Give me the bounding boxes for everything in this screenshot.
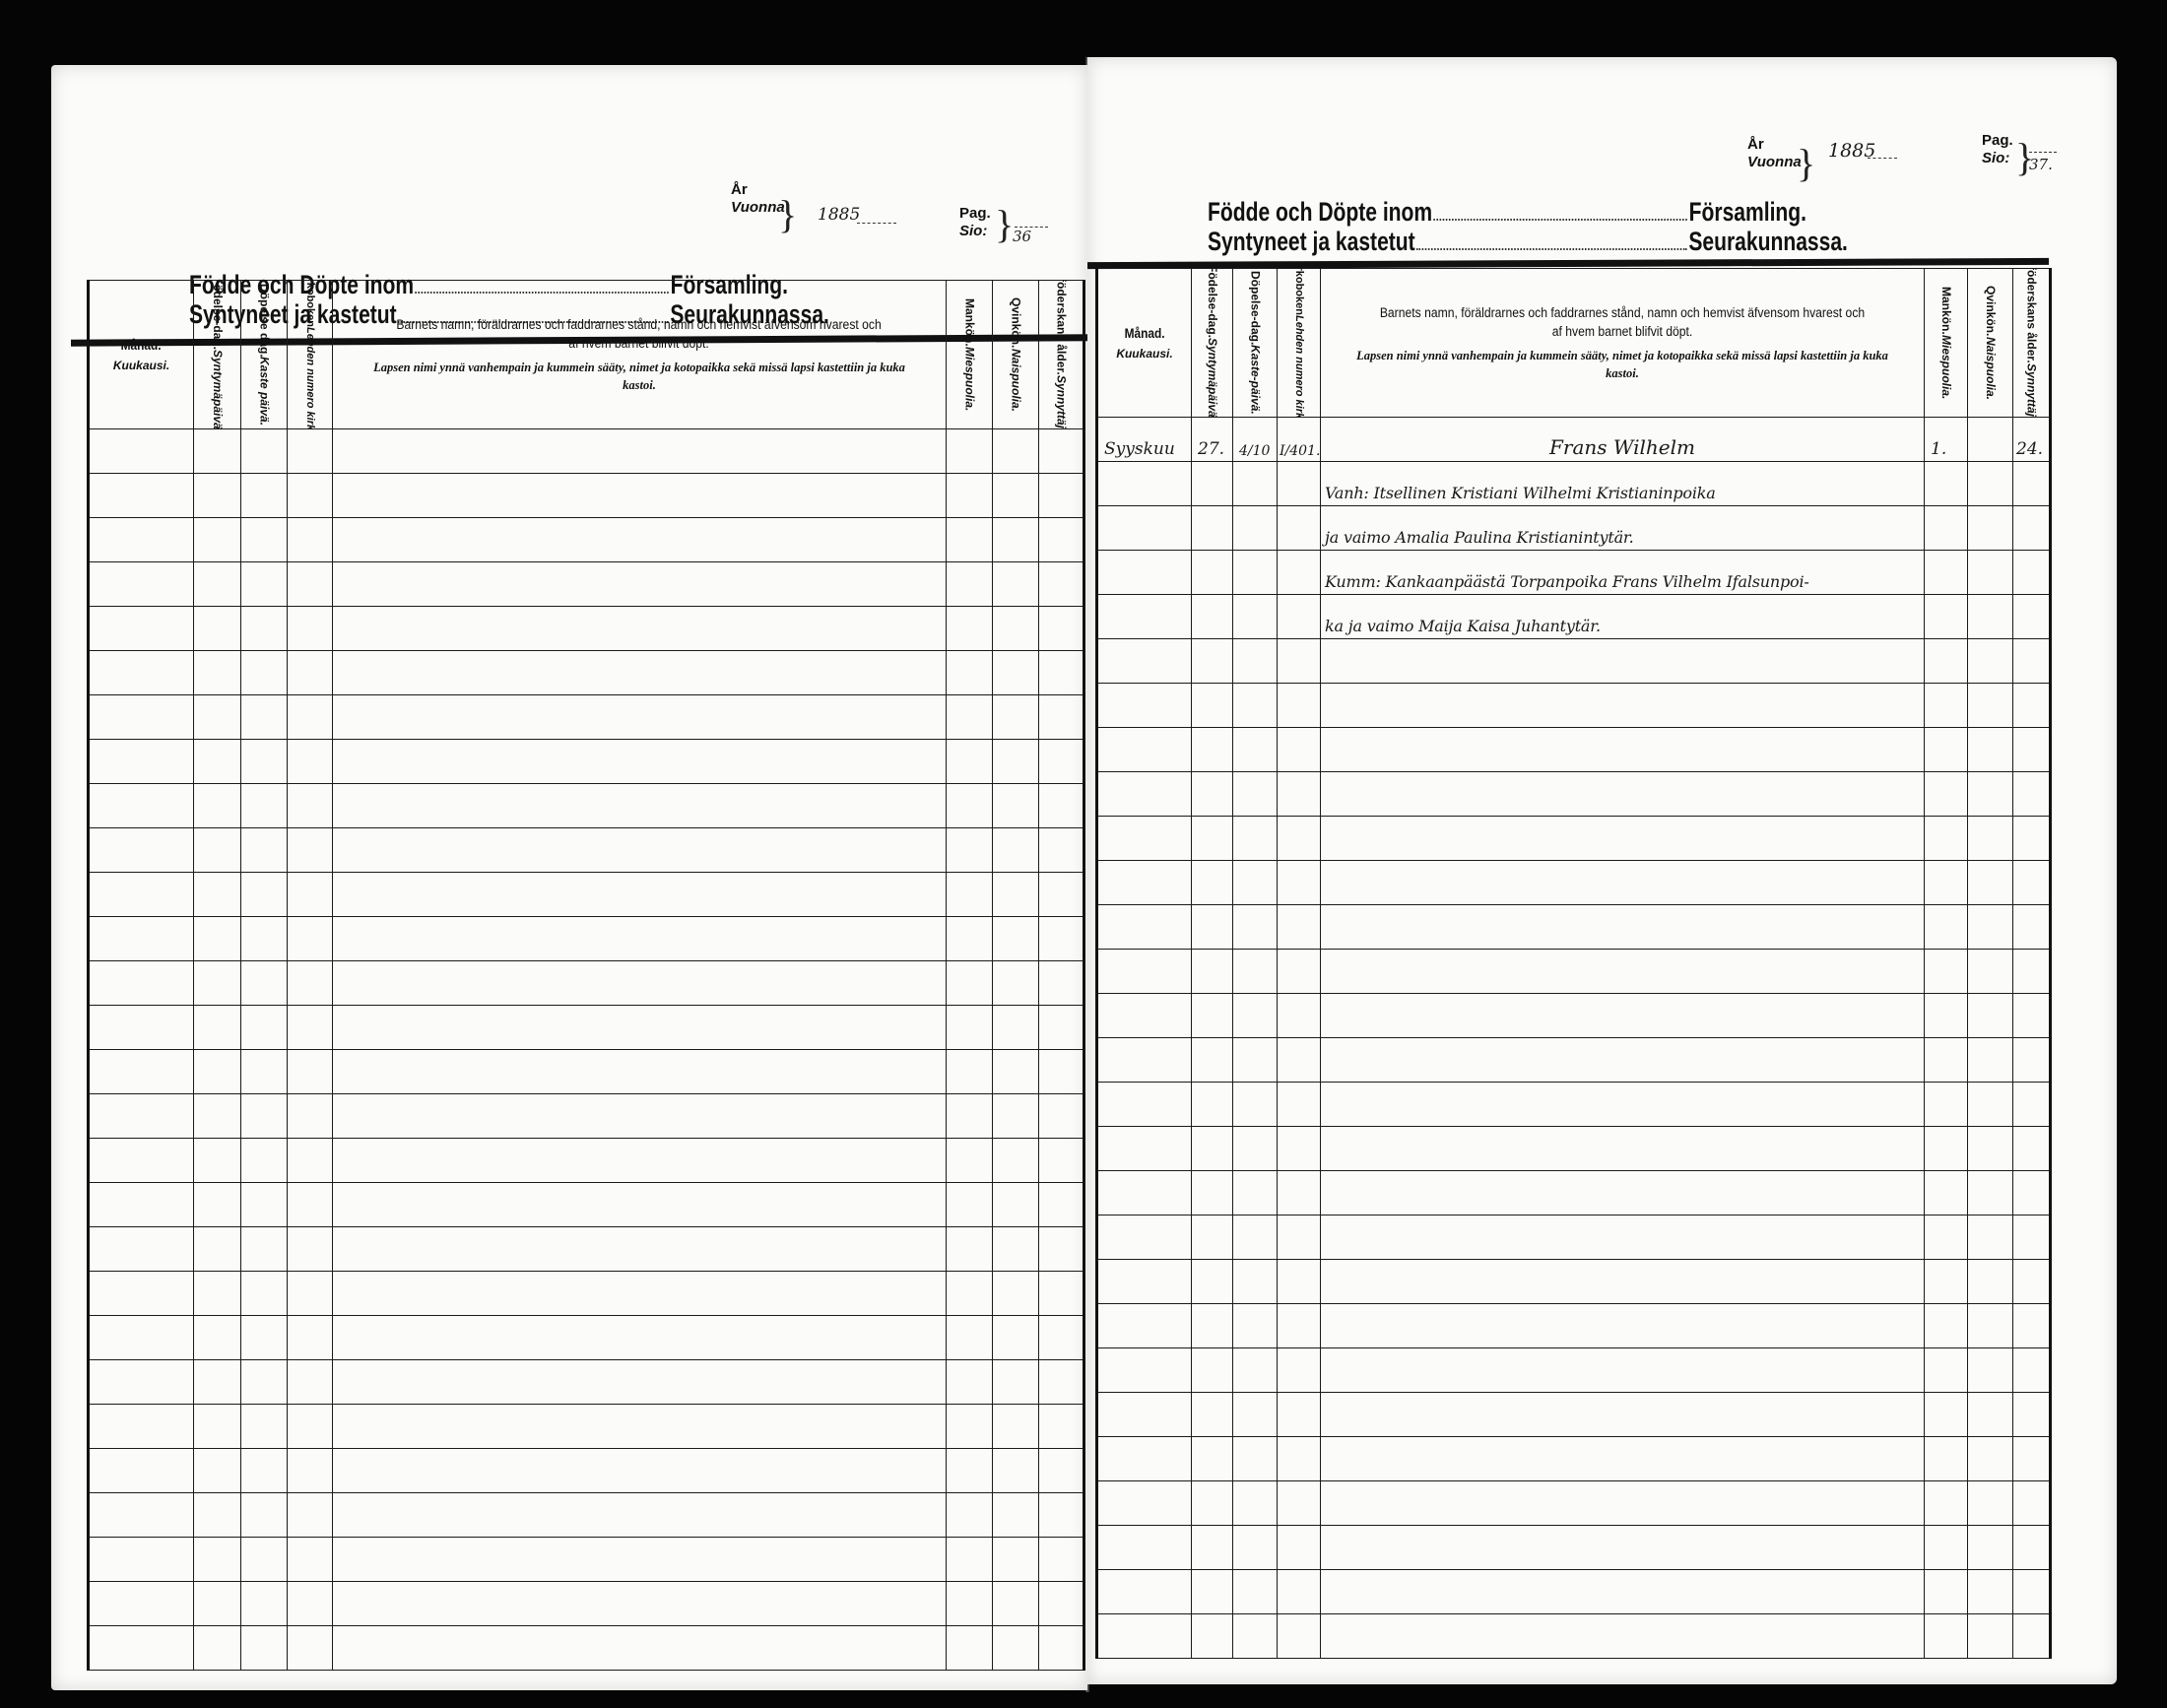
table-cell: [333, 607, 946, 651]
table-cell: [1038, 873, 1084, 917]
cell-child-details: Frans Wilhelm: [1321, 418, 1925, 462]
table-cell: [1278, 1083, 1321, 1127]
page-value: 36: [1013, 228, 1031, 245]
table-cell: [1321, 1215, 1925, 1260]
entry-parents-line-1: Vanh: Itsellinen Kristiani Wilhelmi Kris…: [1325, 484, 1716, 502]
table-cell: [1925, 1083, 1968, 1127]
table-cell: [333, 828, 946, 873]
parish-fill-line: [1434, 218, 1687, 221]
table-cell: [993, 1493, 1038, 1538]
table-cell: [333, 1227, 946, 1272]
table-cell: [946, 1360, 992, 1405]
table-cell: [2013, 1570, 2051, 1614]
table-cell: [993, 695, 1038, 740]
table-cell: [89, 695, 194, 740]
page-fill-line: [1015, 227, 1048, 228]
table-cell: [1097, 1171, 1192, 1215]
table-row: ka ja vaimo Maija Kaisa Juhantytär.: [1097, 595, 2051, 639]
table-cell: [1038, 1316, 1084, 1360]
table-cell: [1968, 639, 2013, 684]
table-cell: [1968, 728, 2013, 772]
table-row: [89, 1538, 1084, 1582]
table-cell: [2013, 905, 2051, 950]
cell-details-line: ja vaimo Amalia Paulina Kristianintytär.: [1321, 506, 1925, 551]
header-label-sv: Döpelse-dag.: [1249, 271, 1262, 345]
column-header-female: Qvinkön.Naispuolia.: [1968, 269, 2013, 418]
table-row: [89, 474, 1084, 518]
table-cell: [993, 828, 1038, 873]
entry-baptism-day: 4/10: [1239, 443, 1270, 459]
table-cell: [1038, 1493, 1084, 1538]
table-cell: [89, 1272, 194, 1316]
table-cell: [1038, 1538, 1084, 1582]
table-cell: [1038, 429, 1084, 474]
cell-baptism-day: 4/10: [1233, 418, 1278, 462]
register-rows-left: [89, 429, 1084, 1671]
table-cell: [287, 1360, 332, 1405]
table-cell: [1321, 1260, 1925, 1304]
table-row: [1097, 1348, 2051, 1393]
table-cell: [1233, 1348, 1278, 1393]
table-cell: [89, 740, 194, 784]
table-cell: [287, 1183, 332, 1227]
table-cell: [1968, 1171, 2013, 1215]
table-cell: [946, 651, 992, 695]
table-cell: [1968, 1304, 2013, 1348]
table-row: Vanh: Itsellinen Kristiani Wilhelmi Kris…: [1097, 462, 2051, 506]
table-cell: [287, 873, 332, 917]
cell-details-line: ka ja vaimo Maija Kaisa Juhantytär.: [1321, 595, 1925, 639]
table-cell: [1233, 861, 1278, 905]
table-cell: [333, 1449, 946, 1493]
table-cell: [194, 1449, 240, 1493]
table-cell: [1925, 1437, 1968, 1481]
table-cell: [993, 1582, 1038, 1626]
table-cell: [1233, 1127, 1278, 1171]
table-cell: [194, 1360, 240, 1405]
brace-icon: }: [995, 205, 1014, 244]
table-cell: [194, 1183, 240, 1227]
table-cell: [1321, 1038, 1925, 1083]
header-label-sv: Månad.: [121, 337, 162, 353]
table-cell: [1925, 1393, 1968, 1437]
table-cell: [194, 651, 240, 695]
table-cell: [993, 1405, 1038, 1449]
table-cell: [287, 518, 332, 562]
table-row: [89, 607, 1084, 651]
table-cell: [333, 1405, 946, 1449]
table-cell: [240, 562, 287, 607]
header-label-sv: Mankön.: [1939, 287, 1952, 335]
table-row: [1097, 684, 2051, 728]
table-row: [89, 1582, 1084, 1626]
table-cell: [240, 651, 287, 695]
table-cell: [287, 1050, 332, 1094]
table-cell: [89, 1094, 194, 1139]
table-row: [89, 1050, 1084, 1094]
table-cell: [1278, 1393, 1321, 1437]
table-cell: [1192, 1393, 1233, 1437]
table-cell: [1192, 772, 1233, 817]
table-row: [1097, 1215, 2051, 1260]
table-cell: [194, 1626, 240, 1671]
header-label-sv: Födelse-dag.: [211, 281, 224, 350]
table-cell: [1968, 772, 2013, 817]
table-row: [1097, 994, 2051, 1038]
header-label-fi: Kuukausi.: [1098, 347, 1191, 361]
table-cell: [946, 695, 992, 740]
brace-icon: }: [1797, 144, 1815, 183]
table-cell: [333, 695, 946, 740]
table-cell: [1038, 917, 1084, 961]
table-row: [89, 1493, 1084, 1538]
table-cell: [1192, 950, 1233, 994]
table-cell: [1097, 994, 1192, 1038]
table-cell: [89, 1227, 194, 1272]
header-label-fi: Kaste-päivä.: [1249, 345, 1262, 415]
table-cell: [993, 474, 1038, 518]
table-cell: [1925, 1215, 1968, 1260]
table-row: [1097, 728, 2051, 772]
table-cell: [1233, 1171, 1278, 1215]
table-cell: [333, 1582, 946, 1626]
table-cell: [287, 651, 332, 695]
table-cell: [1968, 1570, 2013, 1614]
table-cell: [946, 518, 992, 562]
table-cell: [2013, 1614, 2051, 1659]
table-cell: [1968, 950, 2013, 994]
table-row: [89, 828, 1084, 873]
table-cell: [194, 1006, 240, 1050]
table-cell: [946, 1006, 992, 1050]
table-cell: [89, 784, 194, 828]
table-cell: [1321, 994, 1925, 1038]
table-cell: [333, 474, 946, 518]
header-label-sv: Folium i kyrkoboken: [303, 281, 316, 328]
table-cell: [993, 429, 1038, 474]
table-cell: [1097, 1393, 1192, 1437]
table-cell: [1038, 607, 1084, 651]
table-cell: [1097, 1570, 1192, 1614]
table-cell: [1968, 1437, 2013, 1481]
table-cell: [240, 784, 287, 828]
table-cell: [1097, 639, 1192, 684]
table-cell: [946, 1183, 992, 1227]
table-cell: [946, 917, 992, 961]
header-label-fi: Lapsen nimi ynnä vanhempain ja kummein s…: [1350, 347, 1894, 382]
table-cell: [1097, 1215, 1192, 1260]
table-cell: [1233, 1038, 1278, 1083]
table-row: [89, 873, 1084, 917]
table-cell: [89, 518, 194, 562]
table-cell: [993, 917, 1038, 961]
column-header-baptism-day: Döpelse-dag.Kaste-päivä.: [1233, 269, 1278, 418]
table-cell: [1097, 1304, 1192, 1348]
table-cell: [194, 562, 240, 607]
table-cell: [1925, 994, 1968, 1038]
table-cell: [1097, 1348, 1192, 1393]
year-value: 1885: [818, 205, 860, 225]
table-cell: [1321, 772, 1925, 817]
table-cell: [1278, 817, 1321, 861]
table-cell: [1038, 828, 1084, 873]
table-cell: [333, 961, 946, 1006]
cell-male: 1.: [1925, 418, 1968, 462]
column-header-child-details: Barnets namn, föräldrarnes och faddrarne…: [1321, 269, 1925, 418]
table-cell: [1097, 861, 1192, 905]
table-cell: [1278, 1570, 1321, 1614]
table-row: [1097, 817, 2051, 861]
table-cell: [333, 1316, 946, 1360]
cell-mother-age: 24.: [2013, 418, 2051, 462]
table-cell: [1038, 1139, 1084, 1183]
cell-details-line: Kumm: Kankaanpäästä Torpanpoika Frans Vi…: [1321, 551, 1925, 595]
table-cell: [1233, 1614, 1278, 1659]
table-cell: [1097, 1481, 1192, 1526]
table-cell: [1097, 1260, 1192, 1304]
table-cell: [89, 474, 194, 518]
table-cell: [333, 1538, 946, 1582]
table-cell: [1097, 817, 1192, 861]
table-cell: [1192, 1215, 1233, 1260]
table-cell: [1321, 728, 1925, 772]
table-cell: [946, 1316, 992, 1360]
header-label-fi: Naispuolia.: [1009, 349, 1021, 412]
table-cell: [993, 1360, 1038, 1405]
table-cell: [1278, 1038, 1321, 1083]
table-cell: [1968, 1348, 2013, 1393]
table-cell: [1278, 1614, 1321, 1659]
table-cell: [946, 1227, 992, 1272]
table-cell: [1968, 684, 2013, 728]
header-label-sv: Barnaföderskans ålder.: [1054, 281, 1067, 375]
table-cell: [287, 695, 332, 740]
column-header-row: Månad. Kuukausi. Födelse-dag.Syntymäpäiv…: [89, 281, 1084, 429]
table-cell: [1321, 1437, 1925, 1481]
column-header-birth-day: Födelse-dag.Syntymäpäivä.: [1192, 269, 1233, 418]
column-header-baptism-day: Döpelse dag.Kaste päivä.: [240, 281, 287, 429]
year-label-sv: År: [731, 181, 785, 199]
table-cell: [1968, 817, 2013, 861]
table-cell: [287, 1006, 332, 1050]
cell-birth-day: 27.: [1192, 418, 1233, 462]
column-header-folium: Folium i kyrkobokenLehden numero kirkonk…: [1278, 269, 1321, 418]
table-cell: [89, 828, 194, 873]
table-cell: [1968, 1260, 2013, 1304]
table-cell: [1233, 728, 1278, 772]
page-title: Födde och Döpte inom Församling. Syntyne…: [1208, 197, 1848, 256]
table-cell: [240, 1183, 287, 1227]
table-cell: [1968, 1481, 2013, 1526]
table-cell: [946, 1405, 992, 1449]
table-cell: [89, 1139, 194, 1183]
table-cell: [89, 1493, 194, 1538]
table-cell: [993, 651, 1038, 695]
table-cell: [2013, 1127, 2051, 1171]
year-label: År Vuonna: [731, 181, 785, 217]
table-cell: [1233, 817, 1278, 861]
table-cell: [240, 740, 287, 784]
table-cell: [2013, 1481, 2051, 1526]
table-cell: [1925, 1127, 1968, 1171]
table-cell: [1278, 1215, 1321, 1260]
table-cell: [1968, 1614, 2013, 1659]
table-cell: [1038, 961, 1084, 1006]
table-cell: [89, 562, 194, 607]
table-cell: [1321, 1348, 1925, 1393]
table-cell: [2013, 817, 2051, 861]
table-cell: [89, 917, 194, 961]
table-row: [89, 1094, 1084, 1139]
table-cell: [1925, 684, 1968, 728]
table-cell: [1968, 1215, 2013, 1260]
table-cell: [1038, 518, 1084, 562]
table-cell: [2013, 1083, 2051, 1127]
header-label-sv: Födelse-dag.: [1206, 269, 1218, 338]
table-cell: [993, 562, 1038, 607]
table-cell: [240, 474, 287, 518]
table-cell: [1233, 994, 1278, 1038]
table-cell: [287, 1582, 332, 1626]
table-cell: [287, 828, 332, 873]
table-cell: [240, 518, 287, 562]
page-fill-line: [2029, 152, 2057, 153]
table-cell: [333, 651, 946, 695]
table-cell: [287, 784, 332, 828]
title-sv-left: Födde och Döpte inom: [1208, 197, 1432, 227]
table-cell: [333, 917, 946, 961]
table-cell: [1097, 772, 1192, 817]
table-cell: [1038, 1405, 1084, 1449]
table-cell: [1233, 1437, 1278, 1481]
table-cell: [240, 961, 287, 1006]
table-cell: [1925, 950, 1968, 994]
table-cell: [287, 1626, 332, 1671]
table-cell: [2013, 728, 2051, 772]
table-cell: [946, 607, 992, 651]
table-cell: [1038, 695, 1084, 740]
year-label-fi: Vuonna: [1747, 154, 1802, 171]
entry-folium: I/401.: [1280, 443, 1320, 459]
header-label-fi: Syntymäpäivä.: [1206, 338, 1218, 418]
header-label-fi: Kaste päivä.: [257, 357, 270, 426]
table-cell: [1925, 905, 1968, 950]
table-cell: [89, 961, 194, 1006]
table-cell: [1192, 905, 1233, 950]
page-label-fi: Sio:: [959, 223, 991, 240]
column-header-child-details: Barnets namn, föräldrarnes och faddrarne…: [333, 281, 946, 429]
page-label-sv: Pag.: [1982, 132, 2013, 150]
header-label-sv: Qvinkön.: [1984, 286, 1997, 336]
table-cell: [240, 1538, 287, 1582]
table-cell: [287, 740, 332, 784]
table-cell: [1925, 861, 1968, 905]
table-cell: [993, 1139, 1038, 1183]
table-cell: [1097, 684, 1192, 728]
table-cell: [2013, 1393, 2051, 1437]
table-cell: [1192, 994, 1233, 1038]
table-cell: [1925, 1038, 1968, 1083]
table-cell: [240, 1227, 287, 1272]
table-cell: [1321, 1570, 1925, 1614]
table-cell: [1278, 1481, 1321, 1526]
header-label-fi: Lehden numero kirkonkirjassa.: [303, 327, 316, 428]
table-cell: [89, 1582, 194, 1626]
left-page: År Vuonna } 1885 Pag. Sio: } 36 Födde oc…: [51, 65, 1087, 1690]
table-cell: [1233, 684, 1278, 728]
column-header-birth-day: Födelse-dag.Syntymäpäivä.: [194, 281, 240, 429]
table-cell: [1233, 950, 1278, 994]
table-cell: [1038, 562, 1084, 607]
table-cell: [1278, 994, 1321, 1038]
table-cell: [194, 607, 240, 651]
table-cell: [1233, 639, 1278, 684]
table-row: [1097, 1260, 2051, 1304]
table-cell: [1278, 1171, 1321, 1215]
table-cell: [1321, 1481, 1925, 1526]
table-row: [1097, 1614, 2051, 1659]
table-cell: [287, 917, 332, 961]
table-cell: [1097, 1038, 1192, 1083]
table-cell: [993, 1050, 1038, 1094]
table-cell: [333, 1493, 946, 1538]
table-cell: [1968, 861, 2013, 905]
column-header-mother-age: Barnaföderskans ålder.Synnyttäjän ikä.: [2013, 269, 2051, 418]
table-cell: [1038, 1360, 1084, 1405]
right-page: År Vuonna } 1885 Pag. Sio: } 37. Födde o…: [1087, 57, 2117, 1684]
table-row: [89, 1316, 1084, 1360]
table-cell: [1192, 1083, 1233, 1127]
table-cell: [194, 873, 240, 917]
header-label-fi: Lapsen nimi ynnä vanhempain ja kummein s…: [362, 359, 915, 394]
table-row: [89, 1006, 1084, 1050]
table-cell: [1233, 905, 1278, 950]
table-cell: [1925, 1348, 1968, 1393]
table-row: [1097, 1038, 2051, 1083]
table-cell: [287, 1227, 332, 1272]
table-cell: [333, 518, 946, 562]
table-cell: [1321, 905, 1925, 950]
title-sv-right: Församling.: [1689, 197, 1806, 227]
table-cell: [1038, 474, 1084, 518]
table-cell: [1278, 1304, 1321, 1348]
table-cell: [1038, 1227, 1084, 1272]
table-row: [1097, 905, 2051, 950]
table-row: [89, 1449, 1084, 1493]
table-cell: [1925, 1526, 1968, 1570]
table-cell: [1192, 639, 1233, 684]
table-row: [89, 1360, 1084, 1405]
table-cell: [1038, 1183, 1084, 1227]
table-cell: [1925, 817, 1968, 861]
table-cell: [1968, 1083, 2013, 1127]
table-cell: [333, 740, 946, 784]
table-cell: [993, 1272, 1038, 1316]
header-label-fi: Synnyttäjän ikä.: [2025, 363, 2038, 418]
entry-godparents-line-2: ka ja vaimo Maija Kaisa Juhantytär.: [1325, 617, 1601, 635]
entry-parents-line-2: ja vaimo Amalia Paulina Kristianintytär.: [1325, 528, 1634, 547]
table-cell: [287, 429, 332, 474]
table-cell: [1321, 639, 1925, 684]
table-cell: [2013, 950, 2051, 994]
year-fill-line: [1868, 158, 1897, 159]
table-cell: [946, 1626, 992, 1671]
table-cell: [194, 1582, 240, 1626]
table-cell: [1968, 1038, 2013, 1083]
table-row: [89, 1227, 1084, 1272]
page-label-sv: Pag.: [959, 205, 991, 223]
table-cell: [1278, 1348, 1321, 1393]
